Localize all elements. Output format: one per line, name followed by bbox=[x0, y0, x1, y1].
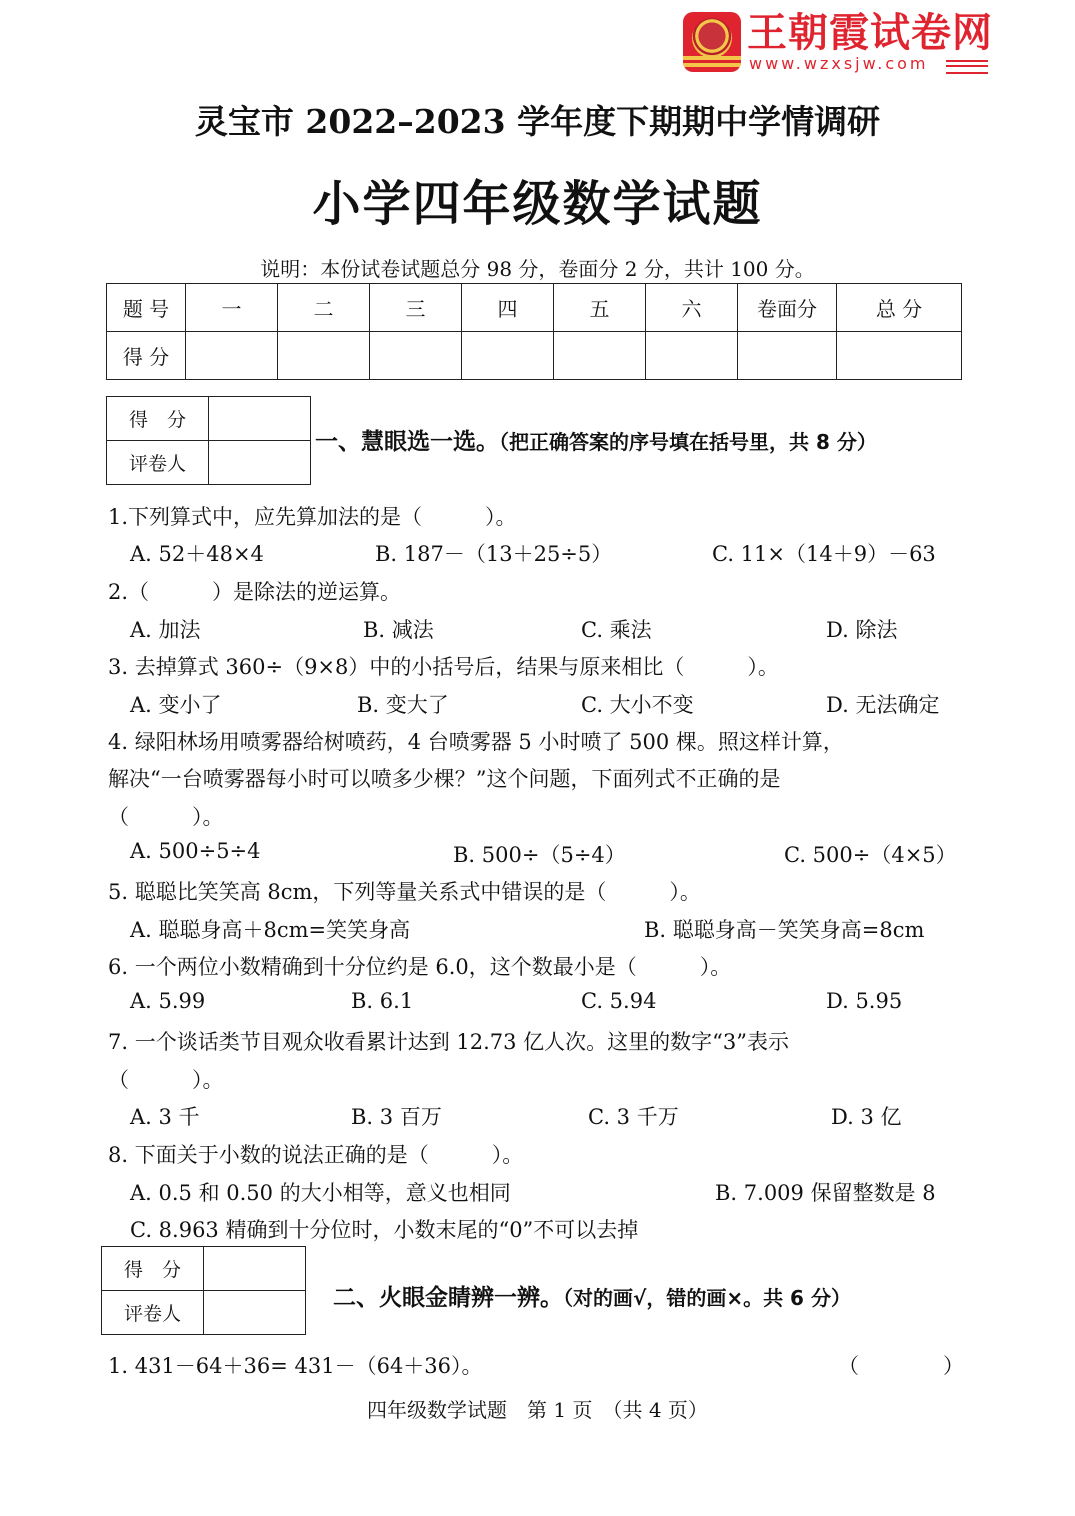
score-header-cell: 五 bbox=[554, 284, 646, 332]
question-3-option: C. 大小不变 bbox=[581, 689, 694, 719]
question-4-option: B. 500÷（5÷4） bbox=[453, 839, 626, 869]
score-cell[interactable] bbox=[837, 332, 962, 380]
grader-name-cell[interactable] bbox=[204, 1291, 306, 1335]
score-header-cell: 总 分 bbox=[837, 284, 962, 332]
grader-score-label: 得 分 bbox=[102, 1247, 204, 1291]
question-4-stem-line: 4. 绿阳林场用喷雾器给树喷药，4 台喷雾器 5 小时喷了 500 棵。照这样计… bbox=[108, 726, 844, 756]
question-8-stem: 8. 下面关于小数的说法正确的是（ ）。 bbox=[108, 1139, 523, 1169]
score-table-score-row: 得 分 bbox=[107, 332, 962, 380]
score-header-cell: 二 bbox=[278, 284, 370, 332]
grader-name-cell[interactable] bbox=[209, 441, 311, 485]
section1-instructions: （把正确答案的序号填在括号里，共 8 分） bbox=[499, 430, 877, 454]
score-table: 题 号 一 二 三 四 五 六 卷面分 总 分 得 分 bbox=[106, 283, 962, 380]
question-7-option: C. 3 千万 bbox=[588, 1101, 679, 1131]
question-3-stem: 3. 去掉算式 360÷（9×8）中的小括号后，结果与原来相比（ ）。 bbox=[108, 651, 779, 681]
page-footer: 四年级数学试题 第 1 页 （共 4 页） bbox=[0, 1394, 1075, 1423]
grader-score-cell[interactable] bbox=[209, 397, 311, 441]
score-cell[interactable] bbox=[738, 332, 837, 380]
score-header-cell: 六 bbox=[646, 284, 738, 332]
question-3-option: B. 变大了 bbox=[357, 689, 449, 719]
score-cell[interactable] bbox=[462, 332, 554, 380]
question-6-stem: 6. 一个两位小数精确到十分位约是 6.0，这个数最小是（ ）。 bbox=[108, 951, 731, 981]
question-1-option: C. 11×（14＋9）－63 bbox=[712, 538, 936, 568]
score-header-cell: 卷面分 bbox=[738, 284, 837, 332]
question-5-option: A. 聪聪身高＋8cm=笑笑身高 bbox=[130, 914, 410, 944]
question-1-option: B. 187－（13＋25÷5） bbox=[375, 538, 612, 568]
question-3-option: A. 变小了 bbox=[130, 689, 222, 719]
logo-badge-icon bbox=[683, 12, 741, 72]
grader-score-label: 得 分 bbox=[107, 397, 209, 441]
tf-question-1-answer-blank[interactable]: （ ） bbox=[838, 1350, 964, 1380]
exam-subtitle: 小学四年级数学试题 bbox=[0, 165, 1075, 234]
score-header-cell: 一 bbox=[186, 284, 278, 332]
question-2-option: A. 加法 bbox=[130, 614, 201, 644]
question-6-option: D. 5.95 bbox=[826, 989, 902, 1013]
question-6-option: A. 5.99 bbox=[130, 989, 205, 1013]
score-cell[interactable] bbox=[646, 332, 738, 380]
wave-lines-icon bbox=[946, 60, 988, 74]
section1-title: 一、慧眼选一选。 bbox=[315, 429, 499, 455]
question-8-option: B. 7.009 保留整数是 8 bbox=[715, 1177, 936, 1207]
section1-grader-box: 得 分 评卷人 bbox=[106, 396, 311, 485]
section2-grader-box: 得 分 评卷人 bbox=[101, 1246, 306, 1335]
question-1-option: A. 52＋48×4 bbox=[130, 538, 264, 568]
section2-heading: 二、火眼金睛辨一辨。（对的画√，错的画×。共 6 分） bbox=[333, 1279, 851, 1312]
score-cell[interactable] bbox=[278, 332, 370, 380]
section2-instructions: （对的画√，错的画×。共 6 分） bbox=[563, 1286, 851, 1310]
score-cell[interactable] bbox=[186, 332, 278, 380]
score-cell[interactable] bbox=[554, 332, 646, 380]
question-4-stem-line: （ ）。 bbox=[108, 801, 224, 831]
question-8-option: A. 0.5 和 0.50 的大小相等，意义也相同 bbox=[130, 1177, 511, 1207]
grader-score-cell[interactable] bbox=[204, 1247, 306, 1291]
score-header-cell: 三 bbox=[370, 284, 462, 332]
score-header-cell: 题 号 bbox=[107, 284, 186, 332]
section2-title: 二、火眼金睛辨一辨。 bbox=[333, 1285, 563, 1311]
tf-question-1-stem: 1. 431－64＋36= 431－（64＋36）。 bbox=[108, 1350, 483, 1380]
question-2-option: D. 除法 bbox=[826, 614, 897, 644]
question-7-stem-line: （ ）。 bbox=[108, 1064, 224, 1094]
logo-name: 王朝霞试卷网 bbox=[747, 10, 993, 56]
question-6-option: B. 6.1 bbox=[351, 989, 413, 1013]
question-5-stem: 5. 聪聪比笑笑高 8cm，下列等量关系式中错误的是（ ）。 bbox=[108, 876, 701, 906]
question-2-stem: 2.（ ）是除法的逆运算。 bbox=[108, 576, 401, 606]
question-2-option: C. 乘法 bbox=[581, 614, 652, 644]
exam-title: 灵宝市 2022–2023 学年度下期期中学情调研 bbox=[0, 96, 1075, 143]
score-row-label: 得 分 bbox=[107, 332, 186, 380]
exam-note: 说明：本份试卷试题总分 98 分，卷面分 2 分，共计 100 分。 bbox=[0, 253, 1075, 282]
section1-heading: 一、慧眼选一选。（把正确答案的序号填在括号里，共 8 分） bbox=[315, 423, 877, 456]
question-8-option: C. 8.963 精确到十分位时，小数末尾的“0”不可以去掉 bbox=[130, 1214, 638, 1244]
question-6-option: C. 5.94 bbox=[581, 989, 656, 1013]
question-5-option: B. 聪聪身高－笑笑身高=8cm bbox=[644, 914, 924, 944]
grader-name-label: 评卷人 bbox=[102, 1291, 204, 1335]
question-4-stem-line: 解决“一台喷雾器每小时可以喷多少棵？”这个问题，下面列式不正确的是 bbox=[108, 763, 780, 793]
question-7-stem-line: 7. 一个谈话类节目观众收看累计达到 12.73 亿人次。这里的数字“3”表示 bbox=[108, 1026, 789, 1056]
question-2-option: B. 减法 bbox=[363, 614, 434, 644]
score-cell[interactable] bbox=[370, 332, 462, 380]
logo-url: www.wzxsjw.com bbox=[749, 54, 928, 73]
question-3-option: D. 无法确定 bbox=[826, 689, 939, 719]
question-7-option: A. 3 千 bbox=[130, 1101, 200, 1131]
score-header-cell: 四 bbox=[462, 284, 554, 332]
question-7-option: B. 3 百万 bbox=[351, 1101, 442, 1131]
site-logo: 王朝霞试卷网 www.wzxsjw.com bbox=[683, 10, 993, 76]
question-4-option: C. 500÷（4×5） bbox=[784, 839, 957, 869]
question-1-stem: 1.下列算式中，应先算加法的是（ ）。 bbox=[108, 501, 517, 531]
grader-name-label: 评卷人 bbox=[107, 441, 209, 485]
question-4-option: A. 500÷5÷4 bbox=[130, 839, 261, 863]
question-7-option: D. 3 亿 bbox=[831, 1101, 901, 1131]
score-table-header-row: 题 号 一 二 三 四 五 六 卷面分 总 分 bbox=[107, 284, 962, 332]
